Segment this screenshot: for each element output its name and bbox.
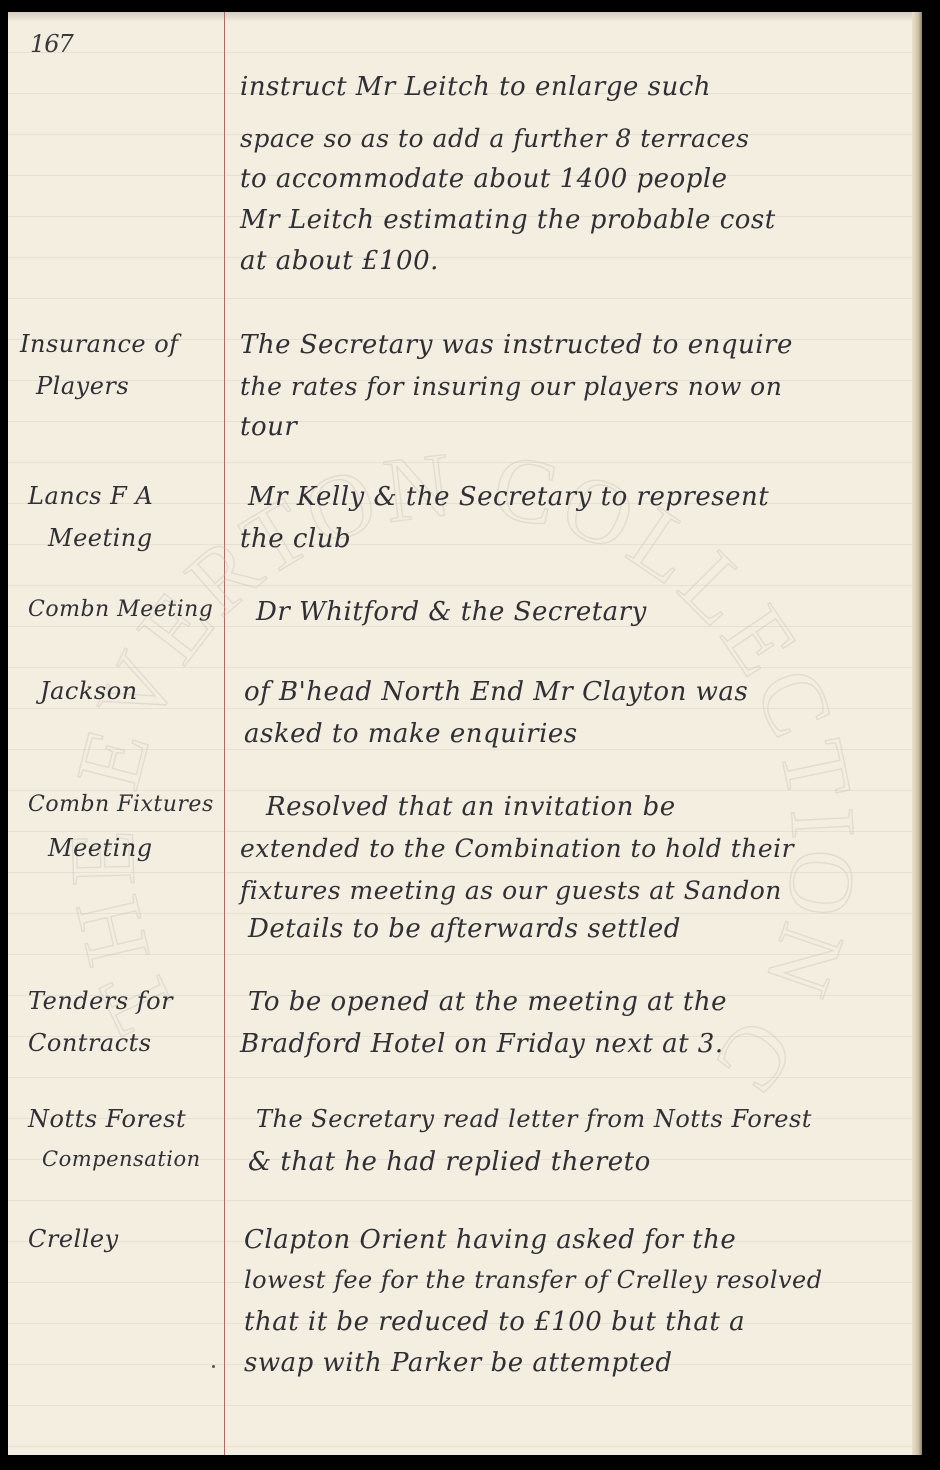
margin-heading: Meeting [48,524,248,552]
margin-heading: Crelley [28,1225,228,1253]
margin-heading: Meeting [48,834,248,862]
body-line: extended to the Combination to hold thei… [240,834,794,863]
body-line: instruct Mr Leitch to enlarge such [240,72,711,102]
margin-heading: Combn Fixtures [28,792,228,817]
body-line: space so as to add a further 8 terraces [240,124,750,153]
page-number: 167 [30,30,73,58]
body-line: that it be reduced to £100 but that a [244,1307,745,1337]
margin-heading: Combn Meeting [28,597,228,622]
body-line: Dr Whitford & the Secretary [256,597,647,627]
margin-heading: Contracts [28,1029,228,1057]
body-line: lowest fee for the transfer of Crelley r… [244,1266,823,1294]
body-line: swap with Parker be attempted [244,1348,672,1378]
body-line: the club [240,524,351,554]
body-line: Resolved that an invitation be [266,792,676,822]
body-line: The Secretary read letter from Notts For… [256,1105,812,1133]
ledger-page: THE EVERTON COLLECTION CHARITABLE TRUST … [8,12,922,1455]
margin-heading: Insurance of [20,330,220,358]
page-top-shadow [8,12,922,22]
body-line: of B'head North End Mr Clayton was [244,677,748,707]
body-line: the rates for insuring our players now o… [240,372,782,401]
margin-heading: Lancs F A [28,482,228,510]
body-line: Mr Leitch estimating the probable cost [240,205,776,235]
body-line: Bradford Hotel on Friday next at 3. [240,1029,724,1059]
body-line: To be opened at the meeting at the [248,987,727,1017]
margin-heading: Players [36,372,236,400]
margin-heading: Tenders for [28,987,228,1015]
ink-dot [212,1365,215,1368]
body-line: Clapton Orient having asked for the [244,1225,736,1255]
body-line: fixtures meeting as our guests at Sandon [240,876,782,905]
body-line: at about £100. [240,246,439,276]
body-line: tour [240,412,297,442]
body-line: & that he had replied thereto [248,1147,651,1177]
margin-heading: Jackson [40,677,240,705]
margin-heading: Compensation [42,1147,242,1171]
body-line: Mr Kelly & the Secretary to represent [248,482,769,512]
body-line: to accommodate about 1400 people [240,164,728,194]
margin-heading: Notts Forest [28,1105,228,1133]
body-line: The Secretary was instructed to enquire [240,330,793,360]
body-line: Details to be afterwards settled [248,914,681,944]
body-line: asked to make enquiries [244,719,578,749]
